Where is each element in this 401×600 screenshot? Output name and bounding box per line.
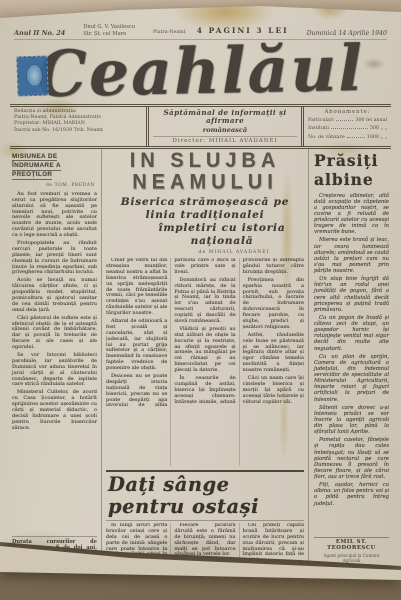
stamp-portrait [26,64,44,88]
left-article-headline: MISIUNEA DE ÎNDRUMARE A PREOȚILOR [12,152,97,180]
photo-background: Anul II No. 24 Dnul G. V. Vasilescu Str.… [0,0,401,600]
main-subheadline: Biserica strămoșească pe linia tradițion… [106,196,304,249]
body-paragraph: Fiecare picătură dăruită este o fărâmă d… [174,523,235,558]
redaction-info-box: Redacția și administrația: Piatra-Neamț,… [10,107,146,146]
subscription-label: Instituții [308,126,329,132]
subscription-label: Particulari [308,118,334,124]
newspaper-title: Ceahlăul [5,36,395,105]
director-line: Director: MIHAIL AVADANEI [153,136,297,144]
dotted-leader [336,116,354,121]
body-paragraph: Sătenii care doresc a-și întemeia prisăc… [314,405,389,436]
subscription-value: 1000 „ „ [367,135,387,141]
newspaper-sheet-wrap: Anul II No. 24 Dnul G. V. Vasilescu Str.… [0,0,401,600]
publication-info-bar: Redacția și administrația: Piatra-Neamț,… [10,104,391,149]
subheadline-line1: Biserica strămoșească pe linia tradițion… [121,196,289,221]
redaction-line: Piatra-Neamț, Palatul Administrativ [14,115,101,120]
body-paragraph: Mierea este hrană și leac, iar ceara lum… [314,237,389,274]
addressee-name: Dnul G. V. Vasilescu [83,24,135,30]
subscription-value: 500 „ „ [370,126,387,132]
body-paragraph: Căci un neam care își cinstește biserica… [243,376,304,405]
redaction-line: Proprietar: MIHAIL MARIAN [14,121,85,126]
body-paragraph: Se vor întocmi biblioteci parohiale, iar… [12,353,97,388]
left-article-byline: de TOM. PREDAN [12,183,95,188]
left-headline-line2: PREOȚILOR [12,171,52,180]
body-paragraph: Căci păstorul de suflete este și sfetnic… [12,316,97,351]
body-paragraph: Au fost vremuri și vremea a cerut ca pre… [12,192,97,239]
body-paragraph: Vlădicii și preoții au stat alături de o… [174,327,235,374]
tagline-line1: Săptămânal de informații și afirmare [153,109,297,126]
signature-block: EMIL ST. TEODORESCU Agent principal la C… [314,532,389,569]
body-paragraph: Acolo se învață nu numai tâlcuirea cărți… [12,278,97,313]
subscription-row: Instituții 500 „ „ [308,124,387,132]
signature-role: Agent principal la Camera Agricolă [314,553,389,564]
body-paragraph: Preoțimea din eparhia noastră a pornit, … [243,278,304,331]
left-article-column: MISIUNEA DE ÎNDRUMARE A PREOȚILOR de TOM… [10,149,102,575]
body-paragraph: Cei primiți capătă hrană întăritoare și … [243,523,304,564]
body-paragraph: Creșterea albinelor, altă dată ocupația … [314,193,389,236]
main-banner-headline: IN SLUJBA NEAMULUI [106,150,304,194]
right-article-body: Creșterea albinelor, altă dată ocupația … [314,193,389,509]
body-paragraph: Protopopiatele au rânduit cercuri pastor… [12,241,97,276]
subscription-row: No. de vânzare 1000 „ „ [308,133,387,141]
signature-name: EMIL ST. TEODORESCU [314,537,389,551]
body-paragraph: Domnitorii au ridicat ctitorii mărețe, d… [174,278,235,325]
church-article-body: Chiar pe vatra lui din streașina munțilo… [106,258,304,466]
right-article-headline: Prăsiți albine [314,151,389,189]
subscription-label: No. de vânzare [308,135,345,141]
body-paragraph: Chiar pe vatra lui din streașina munțilo… [106,258,167,317]
body-paragraph: Altarul de odinioară a fost școală și ca… [106,319,167,372]
body-paragraph: Fiți, așadar, harnici ca albina: un folo… [314,482,389,507]
body-paragraph: Astfel, rânduielile cele bune se păstrea… [243,333,304,374]
body-paragraph: Un stup bine îngrijit dă într'un an rodu… [314,276,389,313]
dotted-leader [331,124,368,129]
tagline-line2: românească [153,126,297,134]
newspaper-front-page: Anul II No. 24 Dnul G. V. Vasilescu Str.… [0,0,401,600]
body-paragraph: Cu un plan de sprijin, Camera de agricul… [314,354,389,403]
redaction-line: Înscris sub No. 16/1939 Trib. Neamț [14,128,103,133]
body-paragraph: Pometul caselor, fânețele și rapița dau … [314,437,389,480]
body-paragraph: Ministerul Cultelor, de acord cu Casa Șc… [12,390,97,431]
center-article-byline: de MIHAIL AVADANEI [164,250,304,255]
blood-article-headline: Dați sânge pentru ostași [106,470,304,521]
page-content: MISIUNEA DE ÎNDRUMARE A PREOȚILOR de TOM… [10,149,391,575]
tagline-box: Săptămânal de informații și afirmare rom… [146,107,304,146]
subscription-row: Particulari 300 lei anual [308,116,387,124]
left-article-body: Au fost vremuri și vremea a cerut ca pre… [12,192,97,434]
subheadline-line2: împletiri cu istoria națională [140,222,304,248]
page-inner: Anul II No. 24 Dnul G. V. Vasilescu Str.… [0,0,401,575]
body-paragraph: Cu un pogon de livadă și câteva zeci de … [314,315,389,352]
center-section: IN SLUJBA NEAMULUI Biserica strămoșească… [102,149,308,575]
dotted-leader [347,133,365,138]
subscription-box: Abonamente: Particulari 300 lei anual In… [304,107,391,146]
right-article-column: Prăsiți albine Creșterea albinelor, altă… [308,149,391,575]
subscription-title: Abonamente: [308,109,387,115]
postage-stamp [16,55,48,96]
left-headline-line1: MISIUNEA DE ÎNDRUMARE A [12,153,61,171]
